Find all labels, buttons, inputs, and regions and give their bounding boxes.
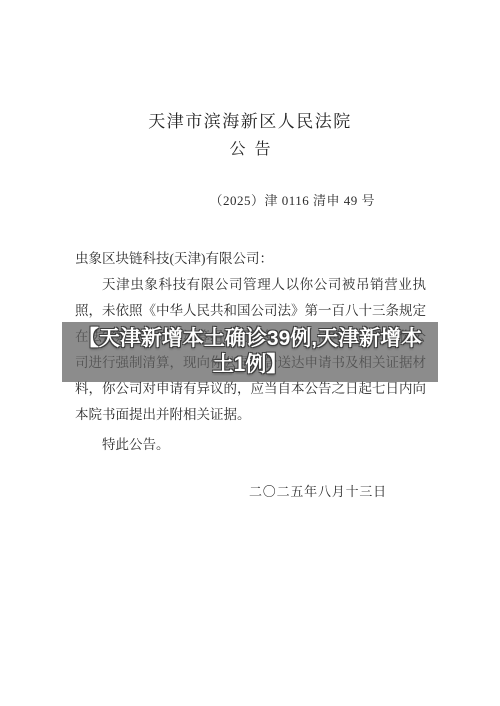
banner-text-line: 土1例】 bbox=[213, 352, 288, 378]
date-line: 二〇二五年八月十三日 bbox=[249, 483, 387, 501]
case-number: （2025）津 0116 清申 49 号 bbox=[209, 192, 375, 210]
addressee-line: 虫象区块链科技(天津)有限公司： bbox=[75, 246, 426, 272]
announcement-page: 天津市滨海新区人民法院 公告 （2025）津 0116 清申 49 号 虫象区块… bbox=[0, 0, 500, 706]
doc-type-title: 公告 bbox=[0, 140, 500, 160]
body-line: 照，未依照《中华人民共和国公司法》第一百八十三条规定 bbox=[75, 298, 426, 324]
news-headline-banner: 【天津新增本土确诊39例,天津新增本 土1例】 bbox=[62, 322, 438, 382]
body-line: 本院书面提出并附相关证据。 bbox=[75, 402, 426, 428]
banner-text-line: 【天津新增本土确诊39例,天津新增本 bbox=[78, 326, 422, 352]
closing-line: 特此公告。 bbox=[75, 432, 426, 458]
court-name-title: 天津市滨海新区人民法院 bbox=[0, 112, 500, 132]
body-line: 天津虫象科技有限公司管理人以你公司被吊销营业执 bbox=[75, 272, 426, 298]
